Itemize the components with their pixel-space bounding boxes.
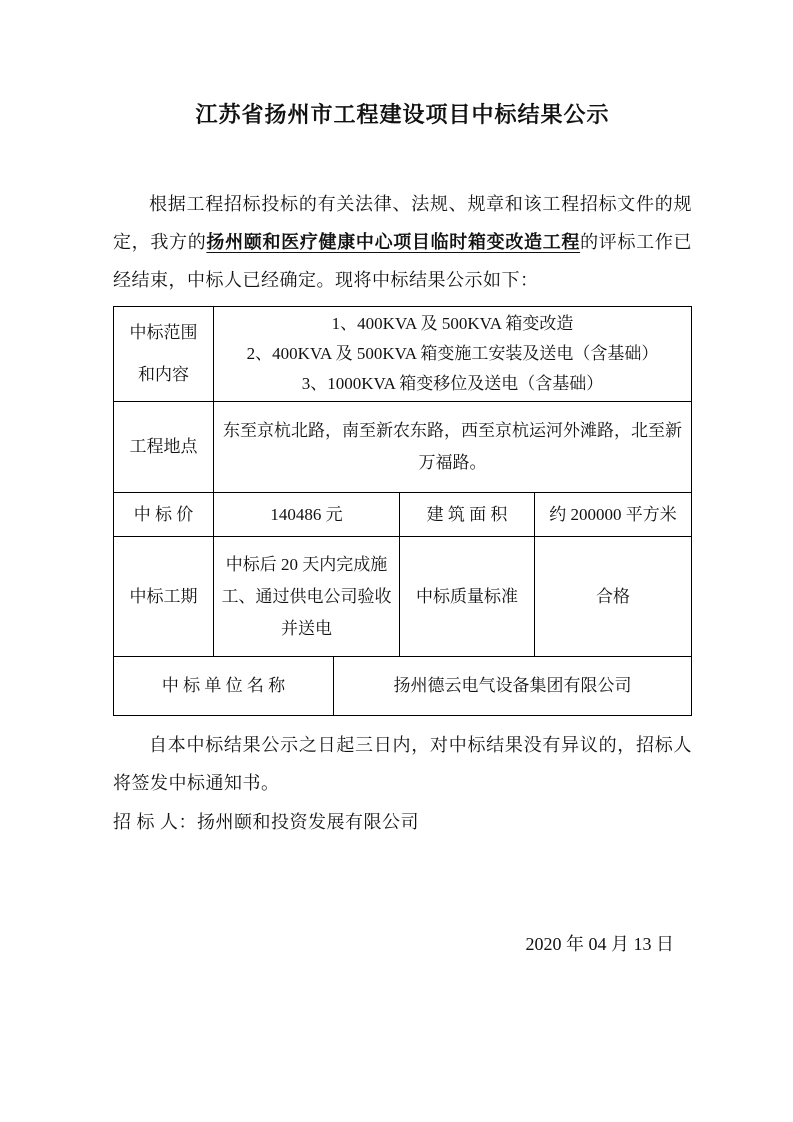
- page-title: 江苏省扬州市工程建设项目中标结果公示: [113, 100, 692, 130]
- document-date: 2020 年 04 月 13 日: [113, 925, 692, 963]
- table-row-location: 工程地点 东至京杭北路，南至新农东路，西至京杭运河外滩路，北至新万福路。: [114, 402, 692, 493]
- table-row-winner: 中 标 单 位 名 称 扬州德云电气设备集团有限公司: [114, 657, 692, 716]
- table-row-duration: 中标工期 中标后 20 天内完成施工、通过供电公司验收并送电 中标质量标准 合格: [114, 537, 692, 657]
- area-label-cell: 建 筑 面 积: [400, 493, 535, 537]
- duration-label-cell: 中标工期: [114, 537, 214, 657]
- scope-item-2: 2、400KVA 及 500KVA 箱变施工安装及送电（含基础）: [218, 339, 687, 369]
- table-row-scope: 中标范围 和内容 1、400KVA 及 500KVA 箱变改造 2、400KVA…: [114, 307, 692, 402]
- area-value-cell: 约 200000 平方米: [535, 493, 692, 537]
- quality-label-cell: 中标质量标准: [400, 537, 535, 657]
- price-label-cell: 中 标 价: [114, 493, 214, 537]
- quality-value-cell: 合格: [535, 537, 692, 657]
- scope-label-cell: 中标范围 和内容: [114, 307, 214, 402]
- intro-paragraph: 根据工程招标投标的有关法律、法规、规章和该工程招标文件的规定，我方的扬州颐和医疗…: [113, 185, 692, 299]
- scope-label-line2: 和内容: [118, 354, 209, 396]
- location-value-cell: 东至京杭北路，南至新农东路，西至京杭运河外滩路，北至新万福路。: [214, 402, 692, 493]
- document-content: 江苏省扬州市工程建设项目中标结果公示 根据工程招标投标的有关法律、法规、规章和该…: [0, 0, 793, 963]
- winner-value-cell: 扬州德云电气设备集团有限公司: [334, 657, 692, 716]
- document-page: 江苏省扬州市工程建设项目中标结果公示 根据工程招标投标的有关法律、法规、规章和该…: [0, 0, 793, 1122]
- duration-value-cell: 中标后 20 天内完成施工、通过供电公司验收并送电: [214, 537, 400, 657]
- tenderer-value: 扬州颐和投资发展有限公司: [197, 812, 419, 832]
- winner-label-cell: 中 标 单 位 名 称: [114, 657, 334, 716]
- closing-notice: 自本中标结果公示之日起三日内，对中标结果没有异议的，招标人将签发中标通知书。: [113, 726, 692, 802]
- scope-value-cell: 1、400KVA 及 500KVA 箱变改造 2、400KVA 及 500KVA…: [214, 307, 692, 402]
- project-name: 扬州颐和医疗健康中心项目临时箱变改造工程: [206, 232, 580, 252]
- table-row-price: 中 标 价 140486 元 建 筑 面 积 约 200000 平方米: [114, 493, 692, 537]
- price-value-cell: 140486 元: [214, 493, 400, 537]
- tenderer-line: 招 标 人：扬州颐和投资发展有限公司: [113, 803, 692, 841]
- tenderer-label: 招 标 人：: [113, 812, 197, 832]
- scope-item-1: 1、400KVA 及 500KVA 箱变改造: [218, 309, 687, 339]
- scope-item-3: 3、1000KVA 箱变移位及送电（含基础）: [218, 369, 687, 399]
- scope-label-line1: 中标范围: [118, 312, 209, 354]
- location-label-cell: 工程地点: [114, 402, 214, 493]
- bid-result-table: 中标范围 和内容 1、400KVA 及 500KVA 箱变改造 2、400KVA…: [113, 306, 692, 716]
